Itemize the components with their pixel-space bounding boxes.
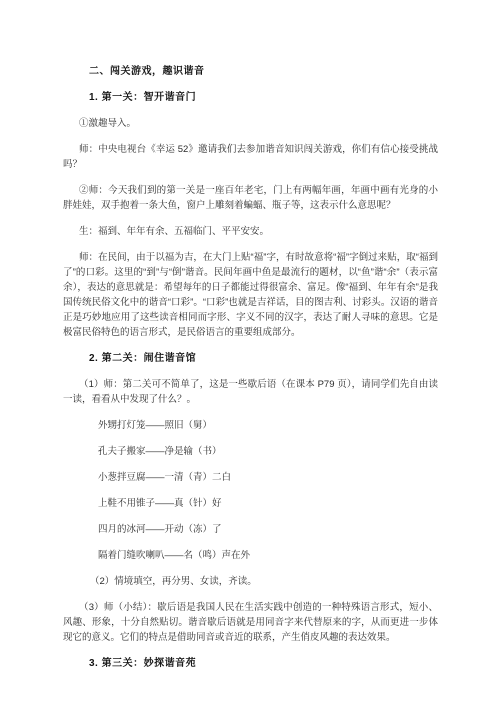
paragraph-teacher-task: （1）师：第二关可不简单了，这是一些歇后语（在课本 P79 页），请同学们先自由… bbox=[63, 377, 438, 407]
xiehouyu-item: 隔着门缝吹喇叭——名（鸣）声在外 bbox=[98, 548, 438, 563]
paragraph-student-answer: 生：福到、年年有余、五福临门、平平安安。 bbox=[63, 224, 438, 239]
heading-level-3: 3. 第三关：妙探谐音苑 bbox=[89, 656, 438, 671]
paragraph-reading-instruction: （2）情境填空，再分男、女读，齐读。 bbox=[63, 574, 438, 589]
xiehouyu-item: 孔夫子搬家——净是输（书） bbox=[98, 444, 438, 459]
xiehouyu-item: 小葱拌豆腐——一清（青）二白 bbox=[98, 470, 438, 485]
paragraph-teacher-summary: （3）师（小结）：歇后语是我国人民在生活实践中创造的一种特殊语言形式，短小、风趣… bbox=[63, 600, 438, 645]
document-page: 二、闯关游戏，趣识谐音 1. 第一关：智开谐音门 ①激趣导入。 师：中央电视台《… bbox=[0, 0, 500, 707]
heading-level-2: 2. 第二关：闹住谐音馆 bbox=[89, 351, 438, 366]
paragraph-teacher-scene: ②师：今天我们到的第一关是一座百年老宅，门上有两幅年画，年画中画有光身的小胖娃娃… bbox=[63, 183, 438, 213]
xiehouyu-item: 上鞋不用锥子——真（针）好 bbox=[98, 496, 438, 511]
xiehouyu-item: 四月的冰河——开动（冻）了 bbox=[98, 522, 438, 537]
xiehouyu-item: 外甥打灯笼——照旧（舅） bbox=[98, 418, 438, 433]
heading-level-1: 1. 第一关：智开谐音门 bbox=[89, 90, 438, 105]
paragraph-teacher-explanation: 师：在民间，由于以福为吉，在大门上贴“福”字，有时故意将“福”字倒过来贴，取“福… bbox=[63, 250, 438, 340]
main-section-heading: 二、闯关游戏，趣识谐音 bbox=[89, 64, 438, 79]
paragraph-teacher-invite: 师：中央电视台《幸运 52》邀请我们去参加谐音知识闯关游戏，你们有信心接受挑战吗… bbox=[63, 142, 438, 172]
paragraph-activity-intro: ①激趣导入。 bbox=[63, 116, 438, 131]
